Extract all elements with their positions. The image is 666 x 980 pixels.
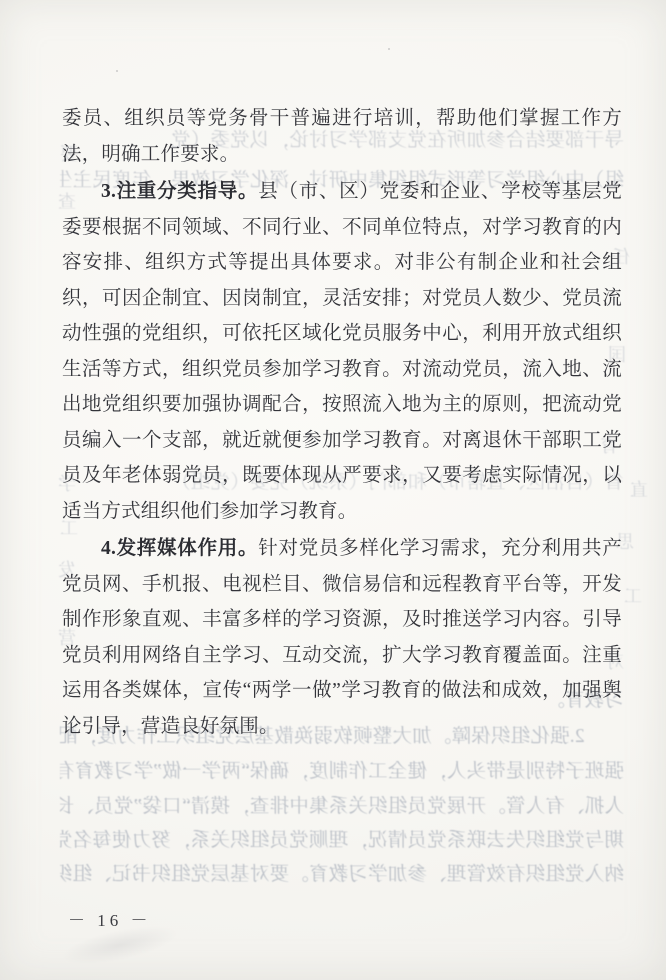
scan-speck [116,70,118,72]
bleedthrough-line: 人抓、有人管。开展党员组织关系集中排查，摸清“口袋”党员、长 [60,796,624,818]
document-body: 委员、组织员等党务骨干普遍进行培训，帮助他们掌握工作方法，明确工作要求。 3.注… [62,101,622,744]
item4-heading: 4.发挥媒体作用。 [101,538,258,559]
bleedthrough-fragment: 工 [624,582,642,608]
item3-text: 县（市、区）党委和企业、学校等基层党委要根据不同领域、不同行业、不同单位特点，对… [62,181,622,522]
bleedthrough-line: 期与党组织失去联系党员情况，理顺党员组织关系，努力使每名党员 [60,830,624,852]
scan-speck [560,838,562,840]
scan-speck [388,48,390,50]
bleedthrough-line: 纳入党组织有效管理、参加学习教育。要对基层党组织书记、组织 [60,864,624,886]
item4-text: 针对党员多样化学习需求，充分利用共产党员网、手机报、电视栏目、微信易信和远程教育… [62,538,622,737]
body-paragraph-item3: 3.注重分类指导。县（市、区）党委和企业、学校等基层党委要根据不同领域、不同行业… [62,174,622,529]
bleedthrough-line: 强班子特别是带头人，健全工作制度，确保“两学一做”学习教育有 [60,761,624,783]
document-page: 导干部要结合参加所在党支部学习讨论，以党委（党组）中心组学习等形式组织集中研讨，… [0,0,666,980]
bleedthrough-fragment: 直 [630,476,648,502]
body-paragraph-item4: 4.发挥媒体作用。针对党员多样化学习需求，充分利用共产党员网、手机报、电视栏目、… [62,531,622,744]
item3-heading: 3.注重分类指导。 [101,181,258,202]
body-paragraph-continuation: 委员、组织员等党务骨干普遍进行培训，帮助他们掌握工作方法，明确工作要求。 [62,101,622,172]
